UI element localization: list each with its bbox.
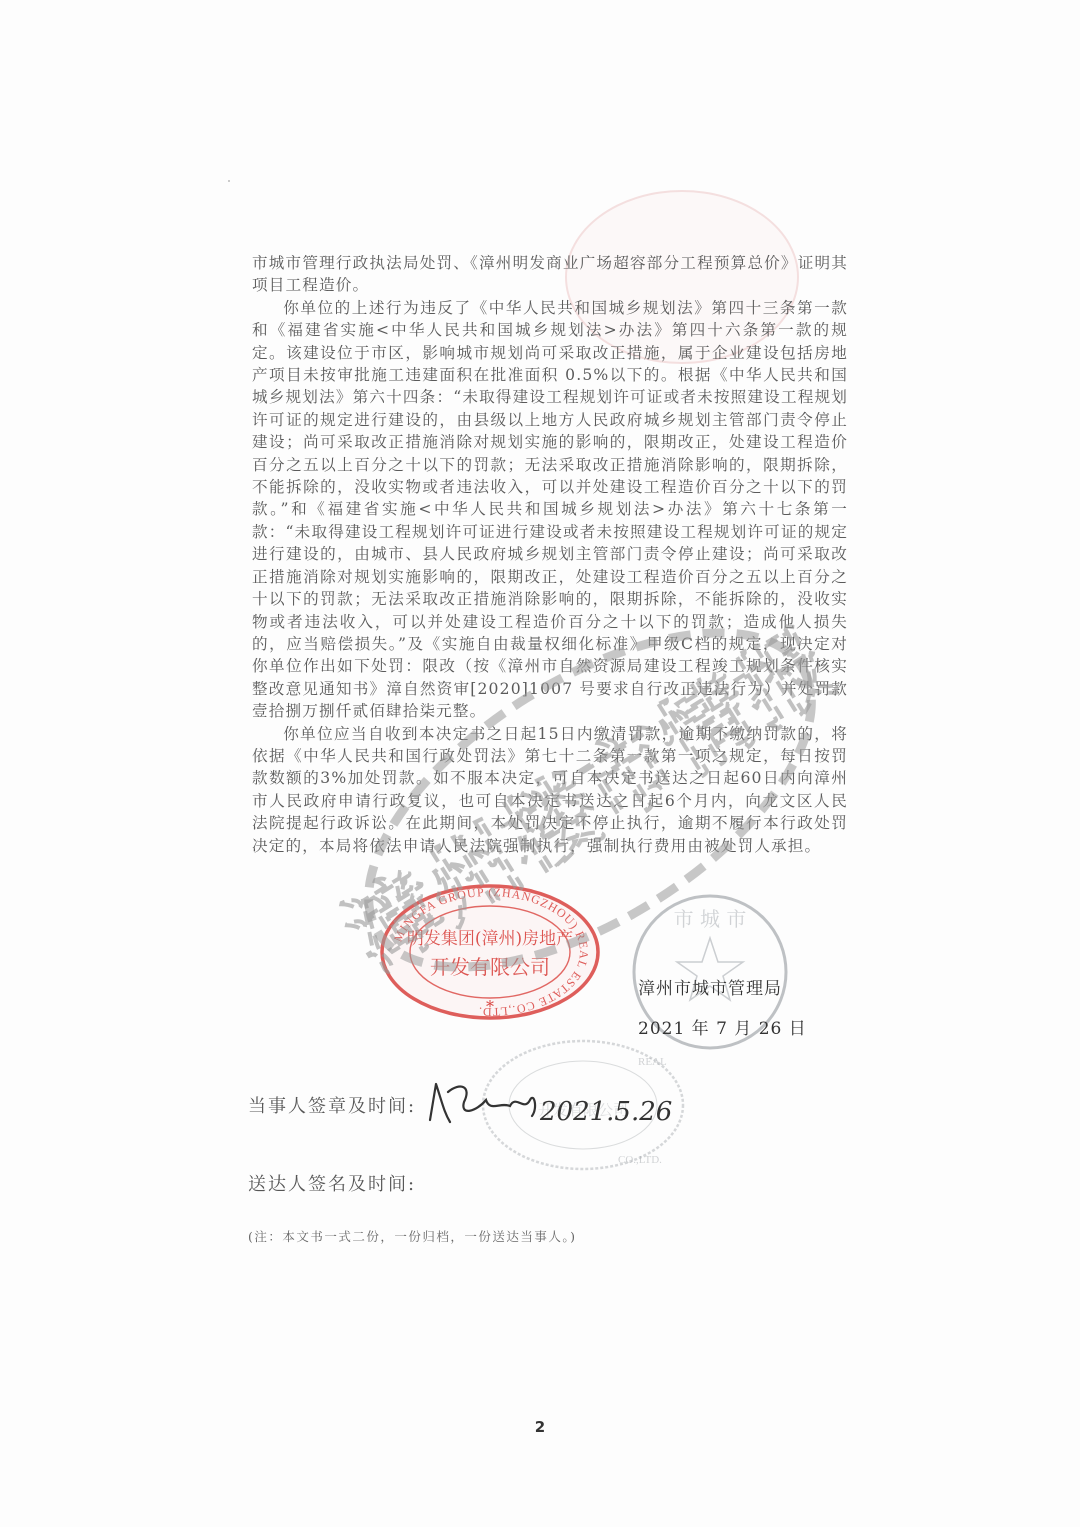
svg-text:市 城 市: 市 城 市	[674, 907, 747, 931]
document-page: 市城市管理行政执法局处罚、《漳州明发商业广场超容部分工程预算总价》证明其项目工程…	[0, 0, 1080, 1527]
company-seal-star: *	[486, 997, 494, 1016]
company-seal-line2: 开发有限公司	[430, 955, 550, 979]
company-seal-line1: 明发集团(漳州)房地产	[407, 929, 573, 949]
deliverer-signature-label: 送达人签名及时间:	[248, 1170, 416, 1196]
handwritten-date: 2021.5.26	[539, 1097, 672, 1127]
body-paragraph: 你单位的上述行为违反了《中华人民共和国城乡规划法》第四十三条第一款和《福建省实施…	[252, 297, 848, 723]
company-seal: MINGFA GROUP (ZHANGZHOU) REAL ESTATE CO.…	[378, 882, 602, 1022]
body-paragraph: 市城市管理行政执法局处罚、《漳州明发商业广场超容部分工程预算总价》证明其项目工程…	[252, 252, 848, 297]
party-signature-label: 当事人签章及时间:	[248, 1092, 416, 1118]
svg-text:CO.,LTD.: CO.,LTD.	[618, 1154, 662, 1166]
handwritten-signature: 2021.5.26	[420, 1072, 690, 1132]
svg-text:REAL: REAL	[638, 1056, 667, 1068]
footnote: (注：本文书一式二份，一份归档，一份送达当事人。)	[248, 1227, 577, 1245]
scan-speck	[228, 180, 230, 182]
page-number: 2	[0, 1418, 1080, 1436]
body-paragraph: 你单位应当自收到本决定书之日起15日内缴清罚款，逾期不缴纳罚款的，将依据《中华人…	[252, 723, 848, 857]
issuer-name: 漳州市城市管理局	[638, 974, 782, 999]
document-body: 市城市管理行政执法局处罚、《漳州明发商业广场超容部分工程预算总价》证明其项目工程…	[252, 252, 848, 857]
